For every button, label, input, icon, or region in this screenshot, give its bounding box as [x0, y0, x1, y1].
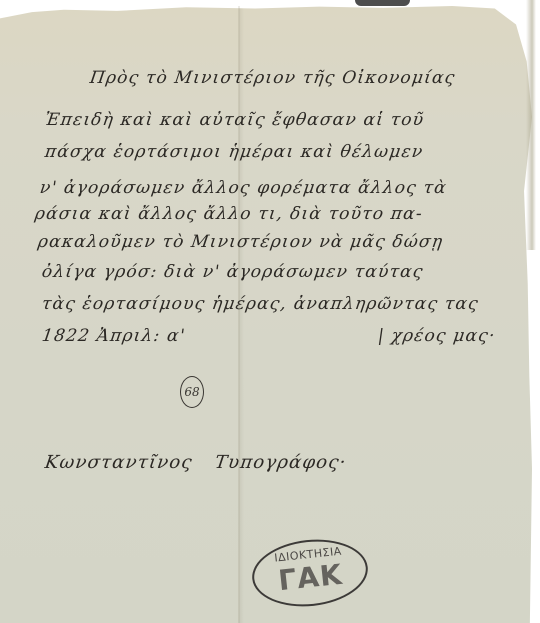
body-line-4: ράσια καὶ ἄλλος ἄλλο τι, διὰ τοῦτο πα- [34, 204, 425, 224]
scan-edge-shadow [355, 0, 410, 6]
body-line-7: τὰς ἑορτασίμους ἡμέρας, ἀναπληρῶντας τας [41, 294, 481, 314]
body-line-5: ρακαλοῦμεν τὸ Μινιστέριον νὰ μᾶς δώσῃ [37, 232, 445, 252]
address-line: Πρὸς τὸ Μινιστέριον τῆς Οἰκονομίας [89, 68, 457, 88]
torn-edge [526, 0, 536, 250]
body-line-2: πάσχα ἑορτάσιμοι ἡμέραι καὶ θέλωμεν [44, 142, 425, 162]
signature-last-name: Τυπογράφος· [214, 452, 349, 473]
closing-phrase: | χρέος μας· [377, 326, 497, 346]
folio-number-mark: 68 [180, 376, 204, 408]
paper-sheet [0, 6, 532, 623]
body-line-3: ν' ἀγοράσωμεν ἄλλος φορέματα ἄλλος τὰ [39, 178, 449, 198]
paper-fold-line [238, 6, 240, 623]
folio-number: 68 [184, 385, 199, 399]
letter-date: 1822 Ἀπριλ: α' [41, 326, 187, 346]
body-line-6: ὀλίγα γρόσ: διὰ ν' ἀγοράσωμεν ταύτας [41, 262, 425, 282]
body-line-1: Ἐπειδὴ καὶ καὶ αὐταῖς ἔφθασαν αἱ τοῦ [44, 110, 426, 130]
signature-first-name: Κωνσταντῖνος [44, 452, 195, 473]
